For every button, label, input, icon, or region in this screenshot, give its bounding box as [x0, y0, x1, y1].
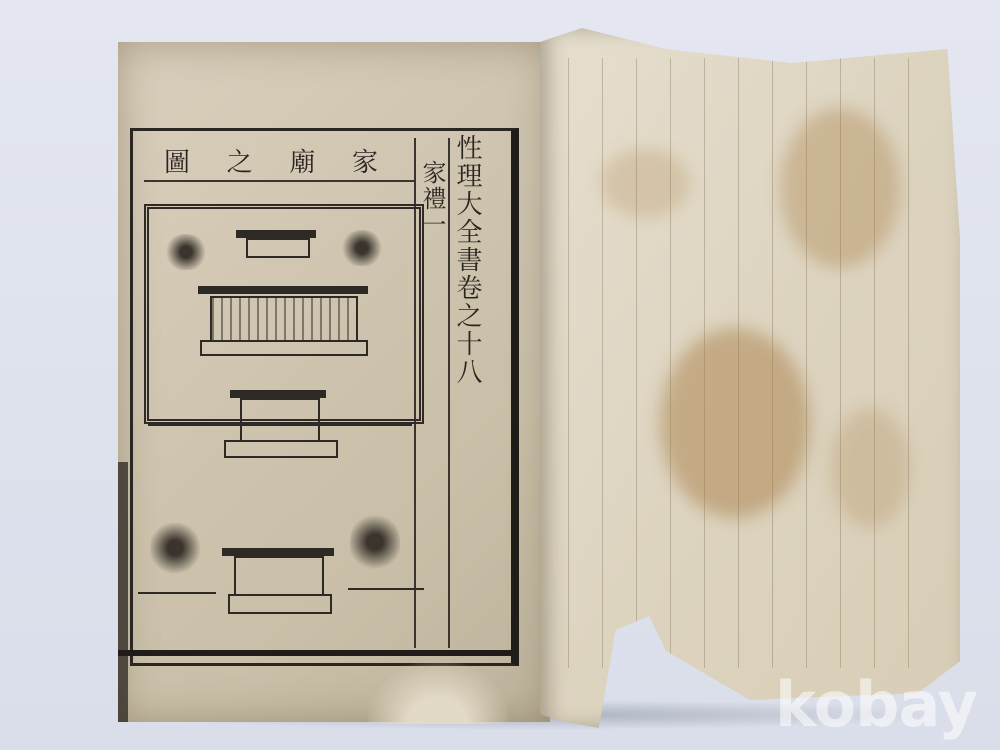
title-char: 廟	[289, 142, 321, 179]
ruled-line	[602, 58, 603, 668]
illustration-lower-rule	[148, 422, 412, 440]
palm-tree-icon	[340, 230, 384, 266]
watermark: kobay	[775, 668, 977, 741]
ground-line	[348, 588, 424, 590]
willow-tree-icon	[350, 512, 400, 572]
pine-tree-icon	[164, 234, 208, 270]
frame-bottom-rule	[118, 650, 516, 656]
outer-gate-roof	[222, 548, 334, 556]
small-gate-building	[246, 238, 310, 258]
title-char: 家	[352, 142, 384, 179]
title-char: 圖	[164, 142, 196, 179]
worn-edge	[118, 462, 128, 722]
middle-gate-platform	[224, 440, 338, 458]
ruled-line	[568, 58, 569, 668]
main-shrine-hall	[210, 296, 358, 342]
right-page	[540, 28, 960, 728]
water-stain	[780, 108, 900, 268]
volume-title: 性理大全書卷之十八	[452, 134, 482, 386]
middle-gate-roof	[230, 390, 326, 398]
outer-gate-pavilion	[234, 556, 324, 596]
torn-corner	[368, 662, 508, 724]
ruled-line	[908, 58, 909, 668]
illustration-title: 家 廟 之 圖	[144, 142, 404, 179]
column-rule	[448, 138, 450, 648]
main-hall-platform	[200, 340, 368, 356]
small-gate-roof	[236, 230, 316, 238]
title-char: 之	[227, 142, 259, 179]
main-hall-roof	[198, 286, 368, 294]
left-tree-icon	[150, 520, 200, 576]
ruled-line	[670, 58, 671, 668]
illustration-title-band: 家 廟 之 圖	[144, 138, 414, 182]
ground-line	[138, 592, 216, 594]
water-stain	[600, 148, 690, 218]
outer-gate-platform	[228, 594, 332, 614]
water-stain	[660, 328, 810, 518]
left-page: 家 廟 之 圖 性理大全書卷之十八 家禮一	[118, 42, 550, 722]
water-stain	[830, 408, 910, 528]
